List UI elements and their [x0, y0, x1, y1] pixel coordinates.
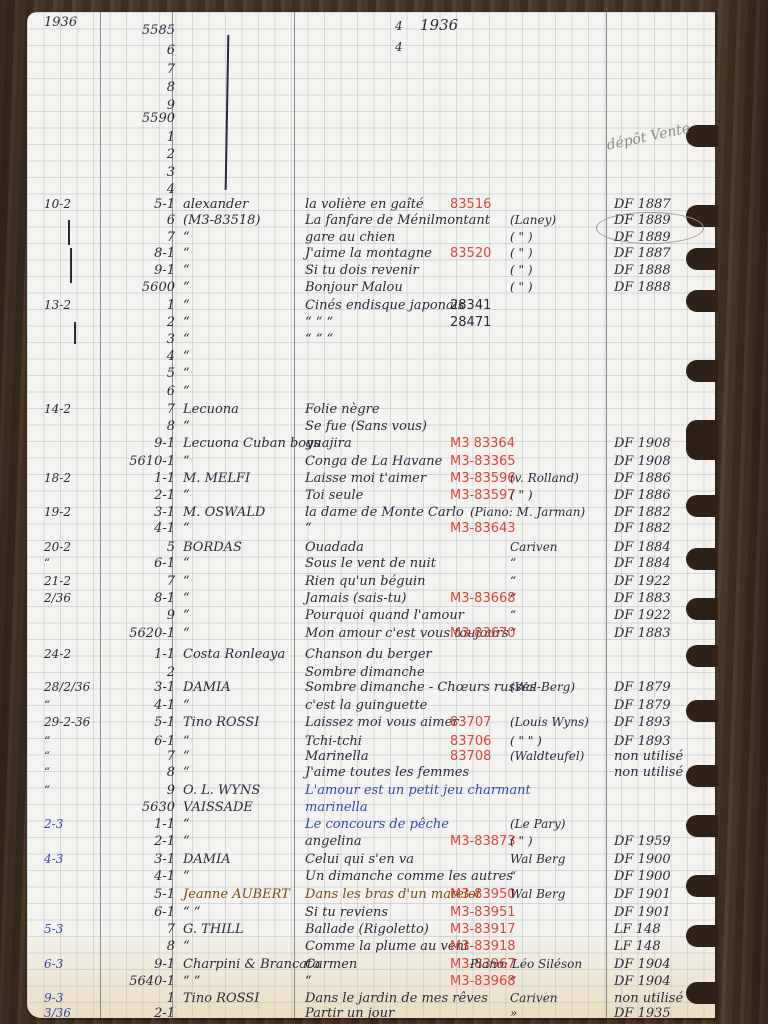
cell-date: “: [44, 766, 50, 778]
cell-date: 2-3: [44, 818, 63, 830]
cell-artist: “ “: [183, 975, 200, 988]
cell-artist: “: [183, 231, 190, 244]
cell-ref: DF 1887: [614, 198, 671, 211]
cell-num: 4-1: [115, 870, 175, 883]
binder-hole: [686, 645, 718, 667]
cell-artist: Lecuona: [183, 403, 239, 416]
cell-num: 5590: [115, 112, 175, 125]
cell-date: “: [44, 699, 50, 711]
cell-matrix: 83708: [450, 750, 491, 763]
cell-title: Conga de La Havane: [305, 455, 442, 468]
cell-artist: “: [183, 750, 190, 763]
cell-matrix: M3 83364: [450, 437, 515, 450]
cell-artist: Lecuona Cuban boys: [183, 437, 320, 450]
cell-note: (Wal-Berg): [510, 681, 575, 693]
cell-date: 28/2/36: [44, 681, 90, 693]
header-year-left: 1936: [44, 16, 77, 29]
cell-date: 24-2: [44, 648, 71, 660]
cell-num: 2-1: [115, 489, 175, 502]
cell-note: (Waldteufel): [510, 750, 584, 762]
cell-artist: “: [183, 818, 190, 831]
cell-title: Pourquoi quand l'amour: [305, 609, 464, 622]
cell-ref: DF 1900: [614, 853, 671, 866]
cell-num: 5620-1: [115, 627, 175, 640]
cell-ref: DF 1882: [614, 506, 671, 519]
cell-note: Wal Berg: [510, 888, 565, 900]
continuation-line: [74, 322, 76, 344]
cell-note: ( " ): [510, 835, 533, 847]
cell-matrix: 83520: [450, 247, 491, 260]
cell-matrix: M3-83668: [450, 592, 516, 605]
cell-num: 1-1: [115, 648, 175, 661]
cell-num: 9: [115, 784, 175, 797]
cell-title: Folie nègre: [305, 403, 380, 416]
cell-num: 7: [115, 63, 175, 76]
cell-ref: DF 1908: [614, 437, 671, 450]
cell-num: 5600: [115, 281, 175, 294]
binder-hole: [686, 248, 718, 270]
ditto-mark: 4: [395, 41, 403, 53]
cell-ref: DF 1888: [614, 264, 671, 277]
cell-ref: DF 1884: [614, 541, 671, 554]
cell-artist: alexander: [183, 198, 248, 211]
cell-title: Tchi-tchi: [305, 735, 362, 748]
cell-num: 6-1: [115, 906, 175, 919]
cell-artist: (M3-83518): [183, 214, 260, 227]
cell-ref: DF 1888: [614, 281, 671, 294]
cell-ref: LF 148: [614, 940, 661, 953]
cell-num: 2: [115, 666, 175, 679]
cell-title: Partir un jour: [305, 1007, 394, 1020]
cell-artist: Costa Ronleaya: [183, 648, 285, 661]
cell-date: “: [44, 557, 50, 569]
cell-num: 1: [115, 992, 175, 1005]
cell-num: 8-1: [115, 247, 175, 260]
cell-title: Carmen: [305, 958, 357, 971]
cell-note: ( " ): [510, 231, 533, 243]
column-rule: [294, 12, 295, 1018]
ditto-mark: 4: [395, 20, 403, 32]
cell-title: la volière en gaîté: [305, 198, 424, 211]
cell-matrix: M3-83968: [450, 975, 516, 988]
cell-num: 5610-1: [115, 455, 175, 468]
cell-title: Jamais (sais-tu): [305, 592, 406, 605]
cell-title: Rien qu'un béguin: [305, 575, 426, 588]
cell-matrix: M3-83596: [450, 472, 516, 485]
cell-note: (Piano: M. Jarman): [470, 506, 585, 518]
cell-num: 1-1: [115, 818, 175, 831]
binder-hole: [686, 598, 718, 620]
cell-note: “: [510, 592, 516, 604]
cell-ref: DF 1908: [614, 455, 671, 468]
cell-num: 3-1: [115, 853, 175, 866]
cell-title: Laissez moi vous aimer: [305, 716, 459, 729]
cell-artist: “: [183, 455, 190, 468]
cell-num: 5-1: [115, 198, 175, 211]
cell-title: Comme la plume au vent: [305, 940, 469, 953]
continuation-line: [68, 220, 70, 245]
cell-artist: “: [183, 627, 190, 640]
cell-num: 7: [115, 231, 175, 244]
cell-note: ( " ): [510, 489, 533, 501]
cell-artist: “: [183, 350, 190, 363]
cell-artist: DAMIA: [183, 681, 231, 694]
cell-ref: DF 1922: [614, 575, 671, 588]
cell-title: La fanfare de Ménilmontant: [305, 214, 490, 227]
header-year-center: 1936: [420, 18, 458, 33]
cell-artist: Charpini & Brancato: [183, 958, 320, 971]
cell-note: “: [510, 975, 516, 987]
cell-title: “: [305, 522, 312, 535]
cell-title: Ballade (Rigoletto): [305, 923, 429, 936]
cell-ref: DF 1886: [614, 472, 671, 485]
cell-num: 6: [115, 385, 175, 398]
cell-ref: DF 1901: [614, 888, 671, 901]
cell-num: 9-1: [115, 437, 175, 450]
cell-title: Marinella: [305, 750, 369, 763]
cell-artist: “: [183, 333, 190, 346]
cell-num: 3-1: [115, 681, 175, 694]
cell-matrix: M3-83917: [450, 923, 516, 936]
cell-num: 7: [115, 923, 175, 936]
cell-date: 5-3: [44, 923, 63, 935]
cell-ref: DF 1893: [614, 716, 671, 729]
column-rule: [606, 12, 607, 1018]
cell-ref: DF 1900: [614, 870, 671, 883]
cell-matrix: M3-83597: [450, 489, 516, 502]
cell-ref: DF 1886: [614, 489, 671, 502]
cell-title: marinella: [305, 801, 368, 814]
cell-num: 2: [115, 316, 175, 329]
cell-artist: “: [183, 735, 190, 748]
cell-num: 8: [115, 420, 175, 433]
cell-artist: “: [183, 575, 190, 588]
cell-title: Sombre dimanche - Chœurs russes: [305, 681, 536, 694]
cell-num: 7: [115, 403, 175, 416]
cell-title: guajira: [305, 437, 352, 450]
cell-title: Si tu reviens: [305, 906, 388, 919]
binder-hole: [686, 700, 718, 722]
cell-date: 19-2: [44, 506, 71, 518]
cell-ref: LF 148: [614, 923, 661, 936]
cell-note: Cariven: [510, 541, 558, 553]
cell-ref: DF 1883: [614, 627, 671, 640]
cell-artist: “: [183, 247, 190, 260]
cell-title: J'aime toutes les femmes: [305, 766, 469, 779]
cell-num: 6: [115, 44, 175, 57]
cell-date: 10-2: [44, 198, 71, 210]
cell-date: 2/36: [44, 592, 71, 604]
cell-num: 4-1: [115, 699, 175, 712]
cell-ref: DF 1882: [614, 522, 671, 535]
cell-note: (Le Pary): [510, 818, 565, 830]
cell-num: 5630: [115, 801, 175, 814]
cell-num: 5-1: [115, 716, 175, 729]
cell-title: Bonjour Malou: [305, 281, 403, 294]
cell-title: L'amour est un petit jeu charmant: [305, 784, 531, 797]
cell-title: “: [305, 975, 312, 988]
cell-title: Sombre dimanche: [305, 666, 425, 679]
cell-matrix: M3-83918: [450, 940, 516, 953]
cell-artist: “: [183, 870, 190, 883]
cell-note: “: [510, 627, 516, 639]
cell-artist: BORDAS: [183, 541, 242, 554]
cell-num: 6: [115, 214, 175, 227]
cell-artist: VAISSADE: [183, 801, 253, 814]
cell-title: Le concours de pêche: [305, 818, 449, 831]
cell-num: 2-1: [115, 1007, 175, 1020]
cell-ref: DF 1904: [614, 958, 671, 971]
cell-num: 5: [115, 541, 175, 554]
cell-note: Cariven: [510, 992, 558, 1004]
cell-note: “: [510, 557, 516, 569]
cell-ref: DF 1884: [614, 557, 671, 570]
cell-num: 4-1: [115, 522, 175, 535]
cell-note: “: [510, 575, 516, 587]
binder-hole: [686, 420, 718, 460]
cell-title: gare au chien: [305, 231, 395, 244]
cell-num: 3-1: [115, 506, 175, 519]
cell-matrix: 83516: [450, 198, 491, 211]
cell-matrix: M3-83951: [450, 906, 516, 919]
cell-date: 20-2: [44, 541, 71, 553]
cell-note: “: [510, 870, 516, 882]
cell-artist: “: [183, 835, 190, 848]
cell-matrix: M3-83670: [450, 627, 516, 640]
cell-title: c'est la guinguette: [305, 699, 427, 712]
binder-hole: [686, 875, 718, 897]
cell-num: 5585: [115, 24, 175, 37]
cell-num: 2-1: [115, 835, 175, 848]
cell-ref: DF 1901: [614, 906, 671, 919]
cell-artist: “: [183, 522, 190, 535]
cell-artist: “: [183, 316, 190, 329]
cell-title: Laisse moi t'aimer: [305, 472, 426, 485]
cell-artist: “: [183, 299, 190, 312]
cell-ref: DF 1889: [614, 214, 671, 227]
cell-ref: DF 1879: [614, 681, 671, 694]
cell-num: 6-1: [115, 557, 175, 570]
cell-note: (Laney): [510, 214, 556, 226]
cell-ref: DF 1887: [614, 247, 671, 260]
cell-num: 6-1: [115, 735, 175, 748]
cell-num: 7: [115, 575, 175, 588]
cell-num: 9: [115, 609, 175, 622]
cell-artist: “: [183, 592, 190, 605]
cell-ref: non utilisé: [614, 750, 683, 763]
cell-matrix: M3-83950: [450, 888, 516, 901]
cell-artist: “: [183, 489, 190, 502]
cell-num: 5640-1: [115, 975, 175, 988]
cell-artist: M. OSWALD: [183, 506, 265, 519]
cell-title: angelina: [305, 835, 362, 848]
cell-artist: “: [183, 420, 190, 433]
cell-artist: G. THILL: [183, 923, 244, 936]
cell-date: 14-2: [44, 403, 71, 415]
cell-ref: DF 1922: [614, 609, 671, 622]
cell-note: Piano: Léo Siléson: [470, 958, 582, 970]
cell-date: 4-3: [44, 853, 63, 865]
cell-title: Toi seule: [305, 489, 363, 502]
cell-note: ( " ): [510, 281, 533, 293]
cell-note: ( " ): [510, 264, 533, 276]
cell-artist: “: [183, 699, 190, 712]
cell-date: 29-2-36: [44, 716, 90, 728]
binder-hole: [686, 360, 718, 382]
cell-ref: DF 1889: [614, 231, 671, 244]
cell-artist: “ “: [183, 906, 200, 919]
cell-num: 8: [115, 766, 175, 779]
binder-hole: [686, 290, 718, 312]
cell-matrix: 28341: [450, 299, 491, 312]
cell-ref: DF 1883: [614, 592, 671, 605]
cell-num: 8: [115, 81, 175, 94]
cell-matrix: 28471: [450, 316, 491, 329]
cell-matrix: 83707: [450, 716, 491, 729]
cell-artist: “: [183, 385, 190, 398]
cell-artist: “: [183, 766, 190, 779]
binder-hole: [686, 982, 718, 1004]
cell-title: Se fue (Sans vous): [305, 420, 427, 433]
cell-date: “: [44, 735, 50, 747]
cell-artist: “: [183, 609, 190, 622]
cell-note: »: [510, 1007, 517, 1019]
cell-artist: Tino ROSSI: [183, 992, 259, 1005]
cell-ref: DF 1935: [614, 1007, 671, 1020]
binder-hole: [686, 815, 718, 837]
cell-matrix: M3-83643: [450, 522, 516, 535]
cell-num: 1: [115, 131, 175, 144]
cell-num: 9-1: [115, 264, 175, 277]
cell-note: ( " " ): [510, 735, 542, 747]
cell-num: 8-1: [115, 592, 175, 605]
cell-title: Dans le jardin de mes rêves: [305, 992, 488, 1005]
cell-date: 18-2: [44, 472, 71, 484]
cell-artist: M. MELFI: [183, 472, 250, 485]
cell-matrix: 83706: [450, 735, 491, 748]
cell-note: (v. Rolland): [510, 472, 579, 484]
binder-hole: [686, 765, 718, 787]
cell-artist: O. L. WYNS: [183, 784, 260, 797]
binder-hole: [686, 925, 718, 947]
cell-title: la dame de Monte Carlo: [305, 506, 464, 519]
cell-date: “: [44, 784, 50, 796]
binder-hole: [686, 495, 718, 517]
cell-ref: DF 1904: [614, 975, 671, 988]
cell-matrix: M3-83873: [450, 835, 516, 848]
cell-note: “: [510, 609, 516, 621]
cell-num: 2: [115, 148, 175, 161]
cell-title: Un dimanche comme les autres: [305, 870, 513, 883]
cell-num: 5: [115, 367, 175, 380]
cell-title: Sous le vent de nuit: [305, 557, 436, 570]
cell-num: 3: [115, 166, 175, 179]
cell-num: 4: [115, 183, 175, 196]
cell-note: ( " ): [510, 247, 533, 259]
cell-note: Wal Berg: [510, 853, 565, 865]
cell-artist: “: [183, 264, 190, 277]
cell-date: 6-3: [44, 958, 63, 970]
continuation-line: [70, 248, 72, 283]
cell-title: Celui qui s'en va: [305, 853, 414, 866]
cell-num: 8: [115, 940, 175, 953]
cell-matrix: M3-83365: [450, 455, 516, 468]
cell-note: (Louis Wyns): [510, 716, 589, 728]
cell-ref: DF 1959: [614, 835, 671, 848]
cell-artist: Jeanne AUBERT: [183, 888, 290, 901]
cell-num: 7: [115, 750, 175, 763]
cell-num: 4: [115, 350, 175, 363]
cell-title: Si tu dois revenir: [305, 264, 419, 277]
cell-artist: “: [183, 940, 190, 953]
cell-num: 9-1: [115, 958, 175, 971]
cell-num: 5-1: [115, 888, 175, 901]
binder-hole: [686, 548, 718, 570]
cell-artist: “: [183, 557, 190, 570]
cell-artist: Tino ROSSI: [183, 716, 259, 729]
cell-title: “ “ “: [305, 316, 333, 329]
cell-ref: non utilisé: [614, 766, 683, 779]
cell-date: 9-3: [44, 992, 63, 1004]
cell-date: 21-2: [44, 575, 71, 587]
cell-title: Chanson du berger: [305, 648, 432, 661]
cell-artist: DAMIA: [183, 853, 231, 866]
cell-artist: “: [183, 281, 190, 294]
column-rule: [100, 12, 101, 1018]
cell-date: 3/36: [44, 1007, 71, 1019]
cell-title: J'aime la montagne: [305, 247, 432, 260]
cell-num: 3: [115, 333, 175, 346]
cell-artist: “: [183, 367, 190, 380]
cell-date: “: [44, 750, 50, 762]
cell-ref: DF 1879: [614, 699, 671, 712]
cell-num: 1-1: [115, 472, 175, 485]
cell-title: “ “ “: [305, 333, 333, 346]
cell-title: Cinés endisque japonais: [305, 299, 465, 312]
cell-date: 13-2: [44, 299, 71, 311]
cell-title: Ouadada: [305, 541, 364, 554]
cell-ref: non utilisé: [614, 992, 683, 1005]
cell-ref: DF 1893: [614, 735, 671, 748]
cell-num: 1: [115, 299, 175, 312]
